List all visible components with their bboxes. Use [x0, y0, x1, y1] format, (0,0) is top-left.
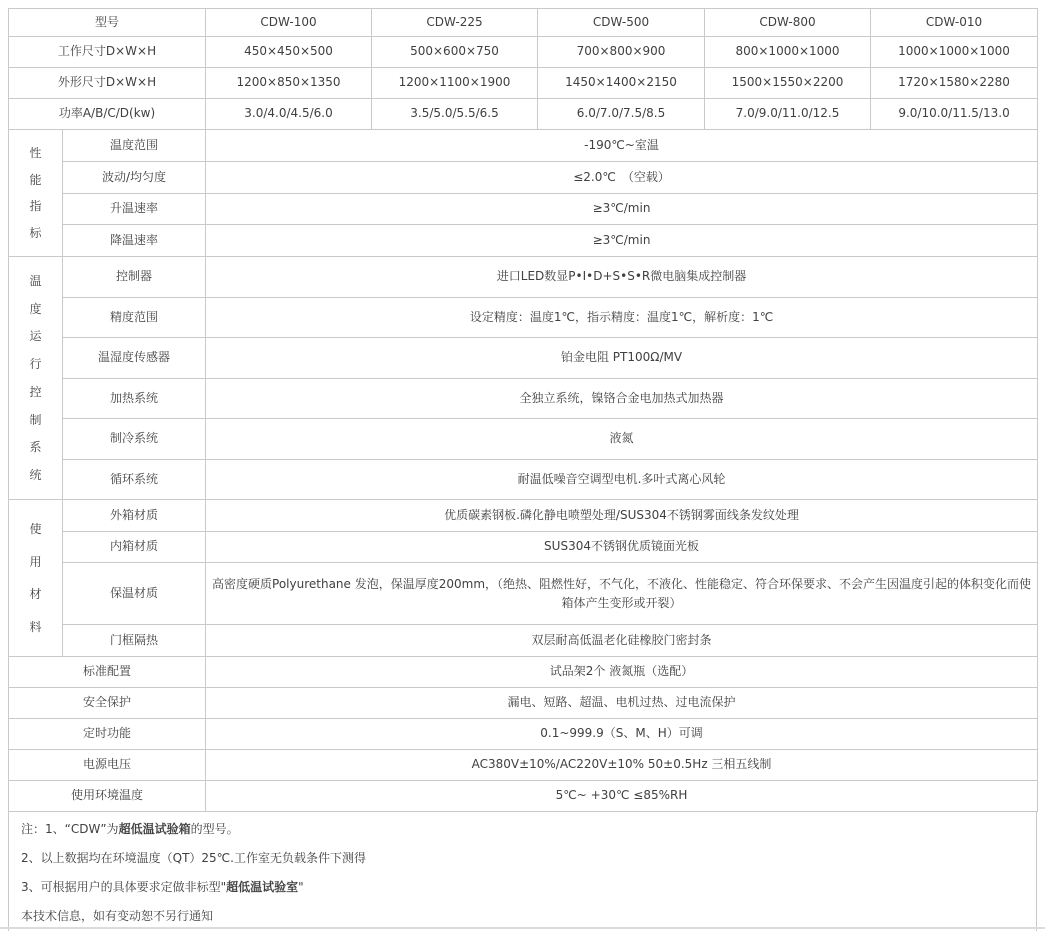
model-name: CDW-100 [206, 9, 372, 37]
spec-sheet: 型号 CDW-100 CDW-225 CDW-500 CDW-800 CDW-0… [8, 8, 1037, 931]
outer-size-row: 外形尺寸D×W×H 1200×850×1350 1200×1100×1900 1… [9, 68, 1038, 99]
spec-cell: 800×1000×1000 [705, 37, 871, 68]
note-text: 的型号。 [191, 822, 239, 836]
control-row: 精度范围 设定精度：温度1℃，指示精度：温度1℃，解析度：1℃ [9, 297, 1038, 338]
row-label: 波动/均匀度 [63, 161, 206, 193]
group-label-char: 料 [29, 621, 41, 633]
footer-spec-row: 电源电压 AC380V±10%/AC220V±10% 50±0.5Hz 三相五线… [9, 750, 1038, 781]
spec-value: 5℃~ +30℃ ≤85%RH [206, 781, 1038, 812]
page-bottom-divider [0, 927, 1045, 929]
spec-cell: 450×450×500 [206, 37, 372, 68]
row-label: 外形尺寸D×W×H [9, 68, 206, 99]
row-label: 使用环境温度 [9, 781, 206, 812]
spec-value: ≥3℃/min [206, 193, 1038, 225]
control-row: 加热系统 全独立系统，镍铬合金电加热式加热器 [9, 378, 1038, 419]
material-row: 内箱材质 SUS304不锈钢优质镜面光板 [9, 531, 1038, 563]
group-label-char: 标 [29, 227, 41, 239]
row-label: 降温速率 [63, 225, 206, 257]
note-text: " [298, 880, 304, 894]
group-label-char: 指 [29, 200, 41, 212]
spec-cell: 700×800×900 [538, 37, 705, 68]
spec-value: SUS304不锈钢优质镜面光板 [206, 531, 1038, 563]
model-name: CDW-225 [372, 9, 538, 37]
group-label-char: 控 [29, 386, 41, 398]
spec-value: 液氮 [206, 419, 1038, 460]
group-label-materials: 使 用 材 料 [9, 500, 63, 657]
spec-value: 高密度硬质Polyurethane 发泡，保温厚度200mm，（绝热、阻燃性好，… [206, 563, 1038, 625]
group-label-char: 度 [29, 303, 41, 315]
row-label: 功率A/B/C/D(kw) [9, 99, 206, 130]
spec-value: AC380V±10%/AC220V±10% 50±0.5Hz 三相五线制 [206, 750, 1038, 781]
spec-value: 铂金电阻 PT100Ω/MV [206, 338, 1038, 379]
model-name: CDW-800 [705, 9, 871, 37]
power-row: 功率A/B/C/D(kw) 3.0/4.0/4.5/6.0 3.5/5.0/5.… [9, 99, 1038, 130]
material-row: 门框隔热 双层耐高低温老化硅橡胶门密封条 [9, 625, 1038, 657]
group-label-char: 行 [29, 358, 41, 370]
row-label: 循环系统 [63, 459, 206, 500]
row-label: 温湿度传感器 [63, 338, 206, 379]
model-header-label: 型号 [9, 9, 206, 37]
row-label: 定时功能 [9, 719, 206, 750]
group-label-char: 温 [29, 275, 41, 287]
group-label-char: 制 [29, 414, 41, 426]
row-label: 门框隔热 [63, 625, 206, 657]
group-label-control-system: 温 度 运 行 控 制 系 统 [9, 257, 63, 500]
spec-value: 设定精度：温度1℃，指示精度：温度1℃，解析度：1℃ [206, 297, 1038, 338]
note-text: 注：1、“CDW”为 [21, 822, 119, 836]
footer-spec-row: 使用环境温度 5℃~ +30℃ ≤85%RH [9, 781, 1038, 812]
group-label-char: 材 [29, 588, 41, 600]
material-row: 保温材质 高密度硬质Polyurethane 发泡，保温厚度200mm，（绝热、… [9, 563, 1038, 625]
spec-cell: 1720×1580×2280 [871, 68, 1038, 99]
model-name: CDW-500 [538, 9, 705, 37]
spec-value: 优质碳素钢板.磷化静电喷塑处理/SUS304不锈钢雾面线条发纹处理 [206, 500, 1038, 532]
note-bold-text: 超低温试验箱 [119, 822, 191, 836]
row-label: 加热系统 [63, 378, 206, 419]
row-label: 制冷系统 [63, 419, 206, 460]
spec-cell: 7.0/9.0/11.0/12.5 [705, 99, 871, 130]
control-row: 温 度 运 行 控 制 系 统 控制器 进口LED数显P•I•D+S•S•R微电… [9, 257, 1038, 298]
row-label: 工作尺寸D×W×H [9, 37, 206, 68]
spec-cell: 6.0/7.0/7.5/8.5 [538, 99, 705, 130]
group-label-char: 系 [29, 441, 41, 453]
row-label: 升温速率 [63, 193, 206, 225]
work-size-row: 工作尺寸D×W×H 450×450×500 500×600×750 700×80… [9, 37, 1038, 68]
group-label-performance: 性 能 指 标 [9, 130, 63, 257]
perf-row: 升温速率 ≥3℃/min [9, 193, 1038, 225]
perf-row: 降温速率 ≥3℃/min [9, 225, 1038, 257]
spec-value: -190℃~室温 [206, 130, 1038, 162]
row-label: 安全保护 [9, 688, 206, 719]
spec-value: ≥3℃/min [206, 225, 1038, 257]
spec-value: 0.1~999.9（S、M、H）可调 [206, 719, 1038, 750]
row-label: 保温材质 [63, 563, 206, 625]
control-row: 循环系统 耐温低噪音空调型电机.多叶式离心风轮 [9, 459, 1038, 500]
row-label: 精度范围 [63, 297, 206, 338]
spec-cell: 1500×1550×2200 [705, 68, 871, 99]
spec-value: ≤2.0℃ （空载） [206, 161, 1038, 193]
row-label: 温度范围 [63, 130, 206, 162]
group-label-char: 统 [29, 469, 41, 481]
notes-section: 注：1、“CDW”为超低温试验箱的型号。 2、以上数据均在环境温度（QT）25℃… [8, 812, 1037, 931]
row-label: 内箱材质 [63, 531, 206, 563]
spec-value: 漏电、短路、超温、电机过热、过电流保护 [206, 688, 1038, 719]
spec-cell: 3.5/5.0/5.5/6.5 [372, 99, 538, 130]
footer-spec-row: 安全保护 漏电、短路、超温、电机过热、过电流保护 [9, 688, 1038, 719]
spec-cell: 9.0/10.0/11.5/13.0 [871, 99, 1038, 130]
row-label: 控制器 [63, 257, 206, 298]
group-label-char: 使 [29, 523, 41, 535]
spec-table: 型号 CDW-100 CDW-225 CDW-500 CDW-800 CDW-0… [8, 8, 1038, 812]
spec-value: 全独立系统，镍铬合金电加热式加热器 [206, 378, 1038, 419]
spec-cell: 1450×1400×2150 [538, 68, 705, 99]
group-label-char: 用 [29, 556, 41, 568]
note-line-3: 3、可根据用户的具体要求定做非标型"超低温试验室" [21, 873, 1024, 902]
control-row: 制冷系统 液氮 [9, 419, 1038, 460]
spec-cell: 1200×850×1350 [206, 68, 372, 99]
spec-value: 耐温低噪音空调型电机.多叶式离心风轮 [206, 459, 1038, 500]
spec-cell: 1200×1100×1900 [372, 68, 538, 99]
row-label: 标准配置 [9, 657, 206, 688]
row-label: 电源电压 [9, 750, 206, 781]
footer-spec-row: 定时功能 0.1~999.9（S、M、H）可调 [9, 719, 1038, 750]
spec-value: 双层耐高低温老化硅橡胶门密封条 [206, 625, 1038, 657]
note-line-2: 2、以上数据均在环境温度（QT）25℃.工作室无负载条件下测得 [21, 844, 1024, 873]
group-label-char: 性 [29, 147, 41, 159]
note-text: 3、可根据用户的具体要求定做非标型" [21, 880, 226, 894]
spec-value: 进口LED数显P•I•D+S•S•R微电脑集成控制器 [206, 257, 1038, 298]
spec-cell: 1000×1000×1000 [871, 37, 1038, 68]
material-row: 使 用 材 料 外箱材质 优质碳素钢板.磷化静电喷塑处理/SUS304不锈钢雾面… [9, 500, 1038, 532]
model-header-row: 型号 CDW-100 CDW-225 CDW-500 CDW-800 CDW-0… [9, 9, 1038, 37]
spec-cell: 500×600×750 [372, 37, 538, 68]
perf-row: 波动/均匀度 ≤2.0℃ （空载） [9, 161, 1038, 193]
note-bold-text: 超低温试验室 [226, 880, 298, 894]
model-name: CDW-010 [871, 9, 1038, 37]
note-line-1: 注：1、“CDW”为超低温试验箱的型号。 [21, 815, 1024, 844]
row-label: 外箱材质 [63, 500, 206, 532]
group-label-char: 运 [29, 330, 41, 342]
control-row: 温湿度传感器 铂金电阻 PT100Ω/MV [9, 338, 1038, 379]
footer-spec-row: 标准配置 试品架2个 液氮瓶（选配） [9, 657, 1038, 688]
group-label-char: 能 [29, 174, 41, 186]
perf-row: 性 能 指 标 温度范围 -190℃~室温 [9, 130, 1038, 162]
spec-value: 试品架2个 液氮瓶（选配） [206, 657, 1038, 688]
spec-cell: 3.0/4.0/4.5/6.0 [206, 99, 372, 130]
